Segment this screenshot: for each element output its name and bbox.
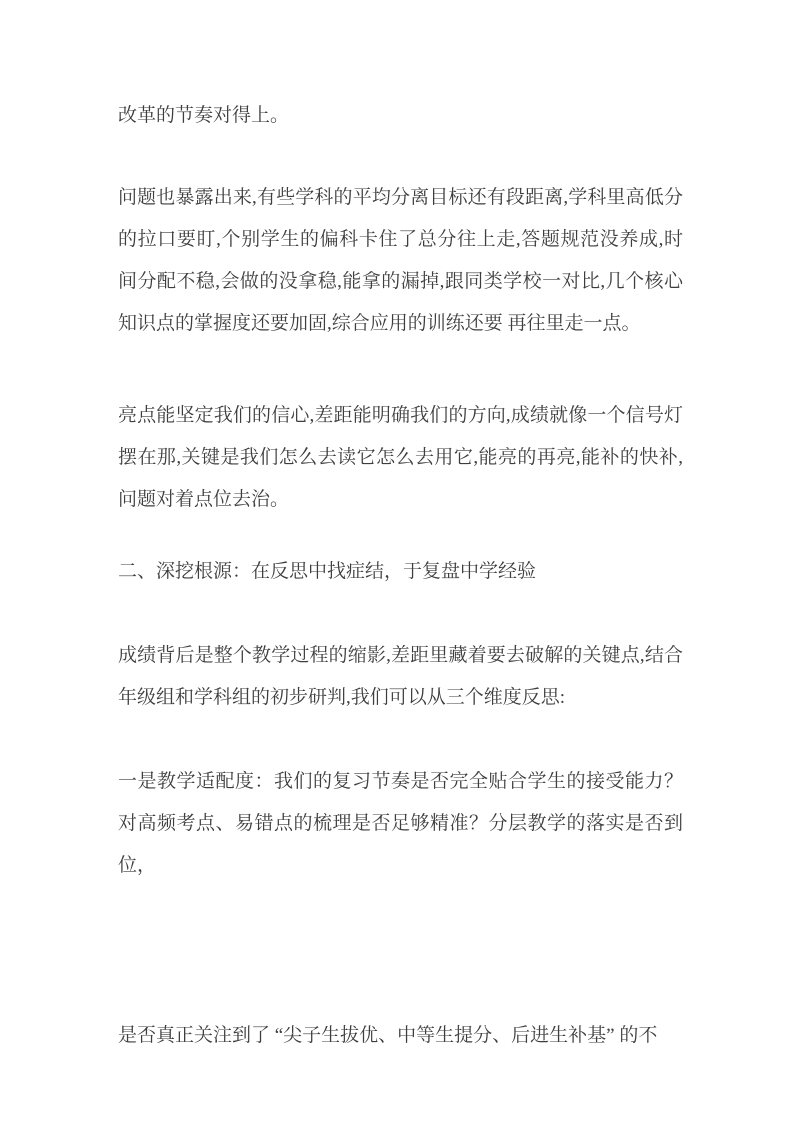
paragraph-signal-light: 亮点能坚定我们的信心,差距能明确我们的方向,成绩就像一个信号灯摆在那,关键是我们…	[118, 395, 683, 521]
paragraph-reflection-intro: 成绩背后是整个教学过程的缩影,差距里藏着要去破解的关键点,结合年级组和学科组的初…	[118, 635, 683, 719]
document-page: 改革的节奏对得上。 问题也暴露出来,有些学科的平均分离目标还有段距离,学科里高低…	[0, 0, 793, 1122]
paragraph-tail-continuation: 是否真正关注到了 “尖子生拔优、中等生提分、后进生补基” 的不	[118, 1015, 683, 1057]
section-heading: 二、深挖根源：在反思中找症结，于复盘中学经验	[118, 551, 683, 593]
paragraph-continuation: 改革的节奏对得上。	[118, 95, 683, 137]
paragraph-teaching-fit: 一是教学适配度：我们的复习节奏是否完全贴合学生的接受能力？对高频考点、易错点的梳…	[118, 761, 683, 887]
paragraph-problems: 问题也暴露出来,有些学科的平均分离目标还有段距离,学科里高低分的拉口要盯,个别学…	[118, 177, 683, 345]
